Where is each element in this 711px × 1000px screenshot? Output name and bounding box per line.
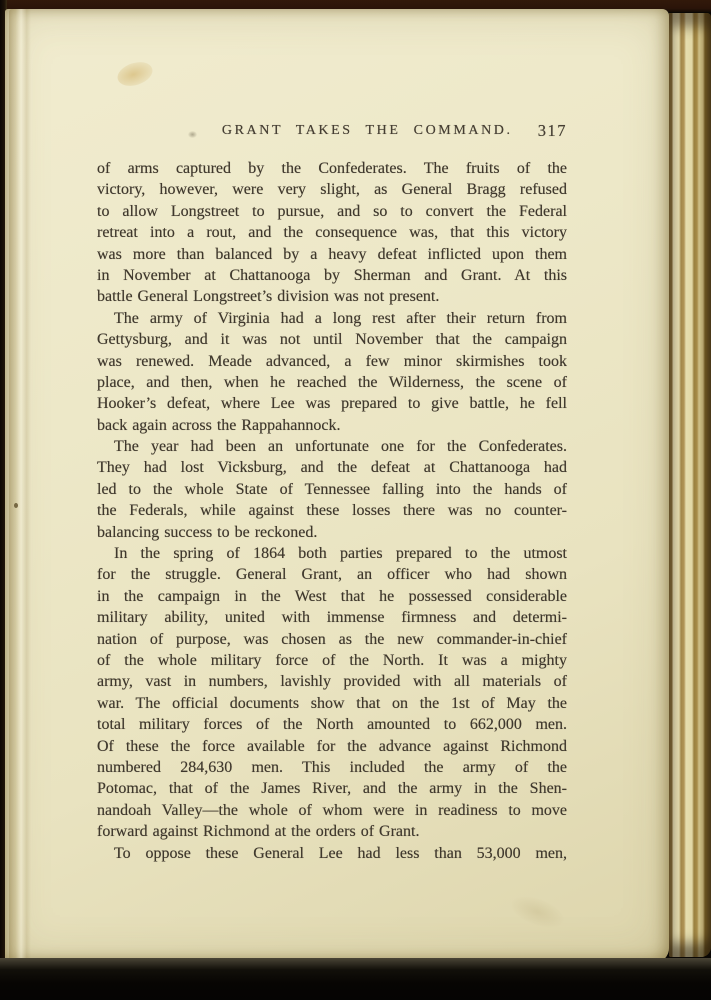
text-line: the Federals, while against these losses…: [97, 500, 567, 521]
text-line: battle General Longstreet’s division was…: [97, 286, 567, 307]
text-line: Potomac, that of the James River, and th…: [97, 778, 567, 799]
text-line: Of these the force available for the adv…: [97, 736, 567, 757]
text-line: Hooker’s defeat, where Lee was prepared …: [97, 393, 567, 414]
text-line: of arms captured by the Confederates. Th…: [97, 158, 567, 179]
text-line: military ability, united with immense fi…: [97, 607, 567, 628]
text-line: army, vast in numbers, lavishly provided…: [97, 671, 567, 692]
text-line: nation of purpose, was chosen as the new…: [97, 629, 567, 650]
text-line: back again across the Rappahannock.: [97, 415, 567, 436]
text-line: war. The official documents show that on…: [97, 693, 567, 714]
text-line: of the whole military force of the North…: [97, 650, 567, 671]
page-gutter-crease: [9, 9, 31, 963]
screenshot-root: { "document": { "running_header": "GRANT…: [0, 0, 711, 1000]
paper-stain: [114, 58, 155, 90]
text-line: for the struggle. General Grant, an offi…: [97, 564, 567, 585]
text-line: nandoah Valley—the whole of whom were in…: [97, 800, 567, 821]
text-line: victory, however, were very slight, as G…: [97, 179, 567, 200]
text-line: was renewed. Meade advanced, a few minor…: [97, 351, 567, 372]
text-line: total military forces of the North amoun…: [97, 714, 567, 735]
text-line: retreat into a rout, and the consequence…: [97, 222, 567, 243]
text-line: In the spring of 1864 both parties prepa…: [97, 543, 567, 564]
text-line: numbered 284,630 men. This included the …: [97, 757, 567, 778]
book-bottom-shadow: [0, 958, 711, 1000]
text-line: They had lost Vicksburg, and the defeat …: [97, 457, 567, 478]
text-line: forward against Richmond at the orders o…: [97, 821, 567, 842]
text-line: was more than balanced by a heavy defeat…: [97, 244, 567, 265]
page-number: 317: [538, 121, 567, 141]
paper-speck: [14, 503, 18, 508]
fore-edge-page-stack: [669, 13, 711, 957]
page-body: of arms captured by the Confederates. Th…: [97, 158, 567, 864]
text-line: The army of Virginia had a long rest aft…: [97, 308, 567, 329]
text-line: balancing success to be reckoned.: [97, 522, 567, 543]
text-line: in November at Chattanooga by Sherman an…: [97, 265, 567, 286]
text-line: in the campaign in the West that he poss…: [97, 586, 567, 607]
running-header-row: GRANT TAKES THE COMMAND. 317: [97, 121, 567, 141]
text-line: place, and then, when he reached the Wil…: [97, 372, 567, 393]
paper-smudge: [507, 890, 568, 933]
book-page: GRANT TAKES THE COMMAND. 317 of arms cap…: [5, 9, 669, 963]
text-line: To oppose these General Lee had less tha…: [97, 843, 567, 864]
text-line: Gettysburg, and it was not until Novembe…: [97, 329, 567, 350]
text-line: led to the whole State of Tennessee fall…: [97, 479, 567, 500]
text-line: to allow Longstreet to pursue, and so to…: [97, 201, 567, 222]
running-header-title: GRANT TAKES THE COMMAND.: [222, 123, 513, 139]
text-line: The year had been an unfortunate one for…: [97, 436, 567, 457]
